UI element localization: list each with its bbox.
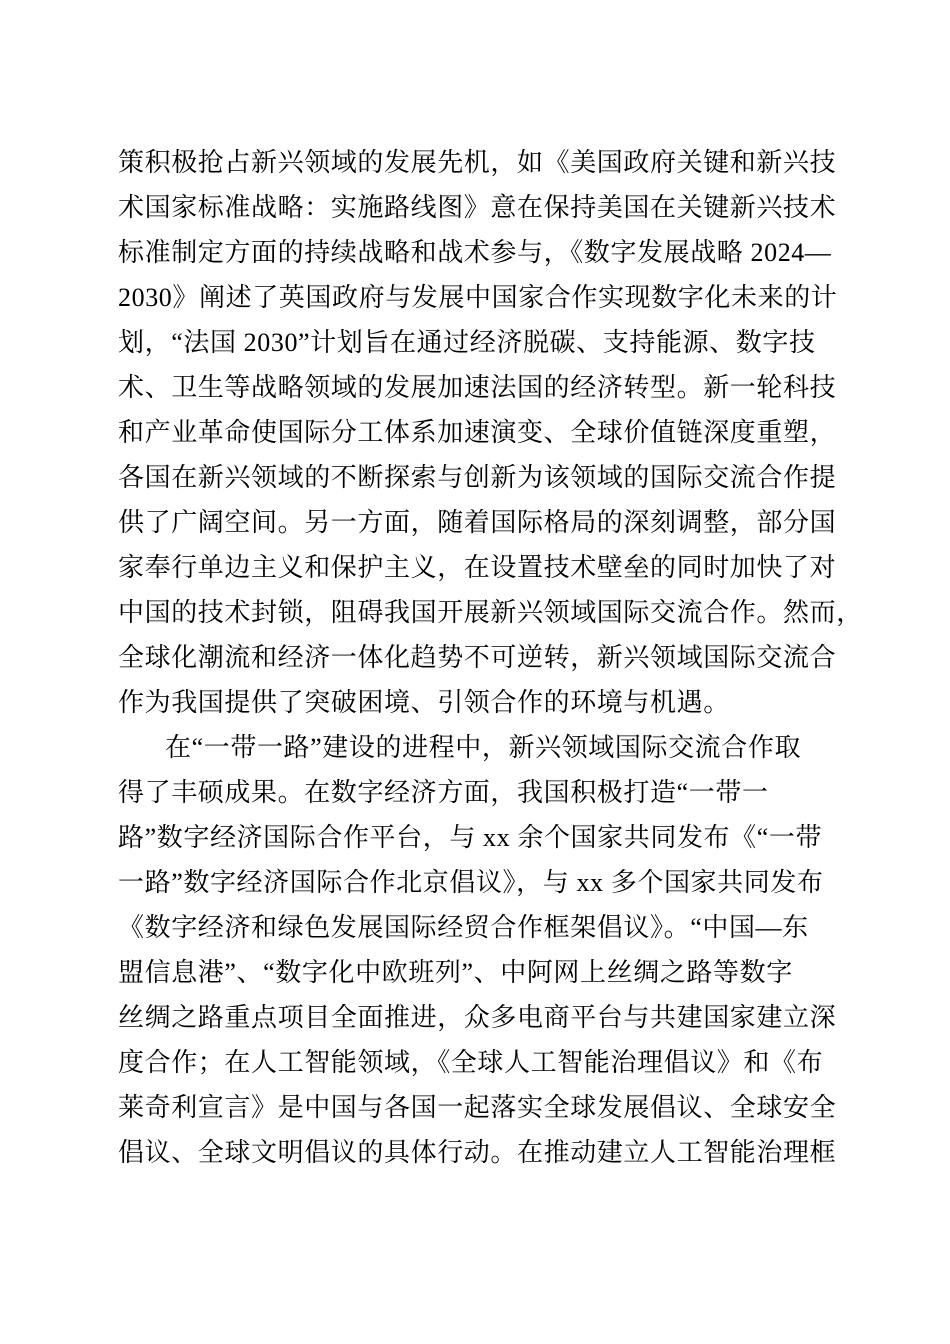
text-line: 《数字经济和绿色发展国际经贸合作框架倡议》。“中国—东 [118, 905, 870, 950]
text-line: 2030》阐述了英国政府与发展中国家合作实现数字化未来的计 [118, 275, 870, 320]
text-line: 划，“法国 2030”计划旨在通过经济脱碳、支持能源、数字技 [118, 320, 870, 365]
text-line: 和产业革命使国际分工体系加速演变、全球价值链深度重塑， [118, 410, 870, 455]
paragraph-continuation: 策积极抢占新兴领域的发展先机，如《美国政府关键和新兴技 术国家标准战略：实施路线… [118, 140, 870, 725]
text-line: 一路”数字经济国际合作北京倡议》，与 xx 多个国家共同发布 [118, 860, 870, 905]
text-line: 盟信息港”、“数字化中欧班列”、中阿网上丝绸之路等数字 [118, 950, 870, 995]
text-line: 莱奇利宣言》是中国与各国一起落实全球发展倡议、全球安全 [118, 1085, 870, 1130]
text-line: 度合作；在人工智能领域，《全球人工智能治理倡议》和《布 [118, 1040, 870, 1085]
document-page: 策积极抢占新兴领域的发展先机，如《美国政府关键和新兴技 术国家标准战略：实施路线… [0, 0, 950, 1344]
text-line: 术、卫生等战略领域的发展加速法国的经济转型。新一轮科技 [118, 365, 870, 410]
text-line: 供了广阔空间。另一方面，随着国际格局的深刻调整，部分国 [118, 500, 870, 545]
text-line: 全球化潮流和经济一体化趋势不可逆转，新兴领域国际交流合 [118, 635, 870, 680]
text-line: 中国的技术封锁，阻碍我国开展新兴领域国际交流合作。然而， [118, 590, 870, 635]
text-line: 在“一带一路”建设的进程中，新兴领域国际交流合作取 [118, 725, 870, 770]
text-line: 标准制定方面的持续战略和战术参与，《数字发展战略 2024— [118, 230, 870, 275]
paragraph-belt-and-road: 在“一带一路”建设的进程中，新兴领域国际交流合作取 得了丰硕成果。在数字经济方面… [118, 725, 870, 1175]
text-line: 策积极抢占新兴领域的发展先机，如《美国政府关键和新兴技 [118, 140, 870, 185]
text-line: 倡议、全球文明倡议的具体行动。在推动建立人工智能治理框 [118, 1130, 870, 1175]
text-line: 得了丰硕成果。在数字经济方面，我国积极打造“一带一 [118, 770, 870, 815]
text-line: 术国家标准战略：实施路线图》意在保持美国在关键新兴技术 [118, 185, 870, 230]
text-line: 路”数字经济国际合作平台，与 xx 余个国家共同发布《“一带 [118, 815, 870, 860]
text-line: 丝绸之路重点项目全面推进，众多电商平台与共建国家建立深 [118, 995, 870, 1040]
text-line: 各国在新兴领域的不断探索与创新为该领域的国际交流合作提 [118, 455, 870, 500]
text-line: 作为我国提供了突破困境、引领合作的环境与机遇。 [118, 680, 870, 725]
text-line: 家奉行单边主义和保护主义，在设置技术壁垒的同时加快了对 [118, 545, 870, 590]
